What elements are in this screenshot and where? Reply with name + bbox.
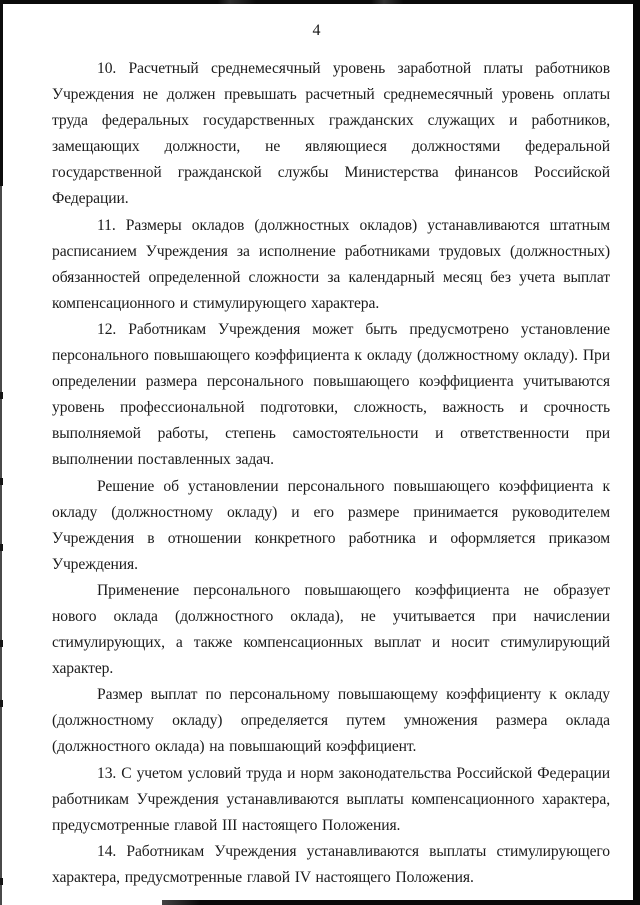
scan-artifact-left-tick xyxy=(0,640,3,647)
paragraph-10: 10. Расчетный среднемесячный уровень зар… xyxy=(52,56,610,213)
scan-artifact-left-tick xyxy=(0,478,3,485)
paragraph-11: 11. Размеры окладов (должностных окладов… xyxy=(52,213,610,317)
page-number: 4 xyxy=(0,22,633,40)
paragraph-13: 13. С учетом условий труда и норм законо… xyxy=(52,761,610,839)
paragraph-14: 14. Работникам Учреждения устанавливаютс… xyxy=(52,839,610,891)
paragraph-12-decision: Решение об установлении персонального по… xyxy=(52,474,610,578)
document-body: 10. Расчетный среднемесячный уровень зар… xyxy=(52,56,610,891)
scan-artifact-left-tick xyxy=(0,878,3,885)
scan-artifact-left-tick xyxy=(0,544,3,551)
paragraph-12-amount: Размер выплат по персональному повышающе… xyxy=(52,682,610,760)
paragraph-12-application: Применение персонального повышающего коэ… xyxy=(52,578,610,682)
scanned-document-page: 4 10. Расчетный среднемесячный уровень з… xyxy=(0,0,640,905)
paragraph-12: 12. Работникам Учреждения может быть пре… xyxy=(52,317,610,474)
scan-artifact-left-top-mark xyxy=(0,0,3,186)
scan-artifact-left-tick xyxy=(0,700,3,707)
scan-artifact-top-edge xyxy=(0,0,640,4)
scan-artifact-right-edge xyxy=(633,0,640,905)
scan-artifact-bottom-edge xyxy=(162,900,640,905)
scan-artifact-left-tick xyxy=(0,392,3,399)
